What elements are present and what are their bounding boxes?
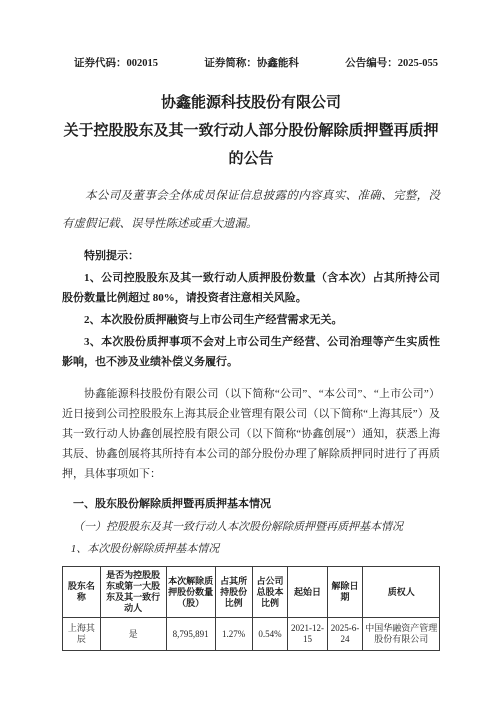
cell-shareholder-name: 上海其辰 xyxy=(63,618,101,651)
col-shareholder-name: 股东名称 xyxy=(63,567,101,618)
page-title: 协鑫能源科技股份有限公司 关于控股股东及其一致行动人部分股份解除质押暨再质押 的… xyxy=(62,89,440,173)
stock-name: 证券简称：协鑫能科 xyxy=(204,57,299,71)
special-notice-item-2: 2、本次股份质押融资与上市公司生产经营需求无关。 xyxy=(62,310,440,330)
cell-pct-of-total-shares: 0.54% xyxy=(252,618,288,651)
stock-code: 证券代码：002015 xyxy=(74,57,158,71)
stock-code-label: 证券代码： xyxy=(74,58,127,69)
title-line-3: 的公告 xyxy=(62,145,440,173)
announcement-number-label: 公告编号： xyxy=(345,58,398,69)
cell-pct-of-holdings: 1.27% xyxy=(215,618,252,651)
subitem-heading: 1、本次股份解除质押基本情况 xyxy=(62,539,440,560)
col-pct-of-holdings: 占其所持股份比例 xyxy=(215,567,252,618)
announcement-number: 公告编号：2025-055 xyxy=(345,57,438,71)
document-header: 证券代码：002015 证券简称：协鑫能科 公告编号：2025-055 xyxy=(62,57,440,71)
table-row: 上海其辰 是 8,795,891 1.27% 0.54% 2021-12-15 … xyxy=(63,618,440,651)
col-released-share-quantity: 本次解除质押股份数量（股） xyxy=(166,567,215,618)
title-line-1: 协鑫能源科技股份有限公司 xyxy=(62,89,440,117)
disclaimer-paragraph: 本公司及董事会全体成员保证信息披露的内容真实、准确、完整，没有虚假记载、误导性陈… xyxy=(62,182,440,238)
subsection-heading: （一）控股股东及其一致行动人本次股份解除质押暨再质押基本情况 xyxy=(62,517,440,538)
cell-is-controlling-shareholder: 是 xyxy=(100,618,166,651)
stock-name-label: 证券简称： xyxy=(204,58,257,69)
special-notice-heading: 特别提示： xyxy=(62,246,440,266)
special-notice-item-1: 1、公司控股股东及其一致行动人质押股份数量（含本次）占其所持公司股份数量比例超过… xyxy=(62,268,440,308)
cell-released-share-quantity: 8,795,891 xyxy=(166,618,215,651)
body-paragraph: 协鑫能源科技股份有限公司（以下简称“公司”、“本公司”、“上市公司”）近日接到公… xyxy=(62,384,440,484)
section-heading: 一、股东股份解除质押暨再质押基本情况 xyxy=(62,494,440,515)
special-notice-item-3: 3、本次股份质押事项不会对上市公司生产经营、公司治理等产生实质性影响，也不涉及业… xyxy=(62,332,440,372)
col-start-date: 起始日 xyxy=(288,567,327,618)
cell-start-date: 2021-12-15 xyxy=(288,618,327,651)
title-line-2: 关于控股股东及其一致行动人部分股份解除质押暨再质押 xyxy=(62,117,440,145)
stock-name-value: 协鑫能科 xyxy=(257,58,299,69)
col-pledgee: 质权人 xyxy=(363,567,440,618)
pledge-table: 股东名称 是否为控股股东或第一大股东及其一致行动人 本次解除质押股份数量（股） … xyxy=(62,566,440,651)
cell-release-date: 2025-6-24 xyxy=(327,618,363,651)
col-release-date: 解除日期 xyxy=(327,567,363,618)
col-pct-of-total-shares: 占公司总股本比例 xyxy=(252,567,288,618)
table-header-row: 股东名称 是否为控股股东或第一大股东及其一致行动人 本次解除质押股份数量（股） … xyxy=(63,567,440,618)
stock-code-value: 002015 xyxy=(127,58,159,69)
col-is-controlling-shareholder: 是否为控股股东或第一大股东及其一致行动人 xyxy=(100,567,166,618)
announcement-page: 证券代码：002015 证券简称：协鑫能科 公告编号：2025-055 协鑫能源… xyxy=(0,0,500,707)
cell-pledgee: 中国华融资产管理股份有限公司 xyxy=(363,618,440,651)
announcement-number-value: 2025-055 xyxy=(398,58,438,69)
